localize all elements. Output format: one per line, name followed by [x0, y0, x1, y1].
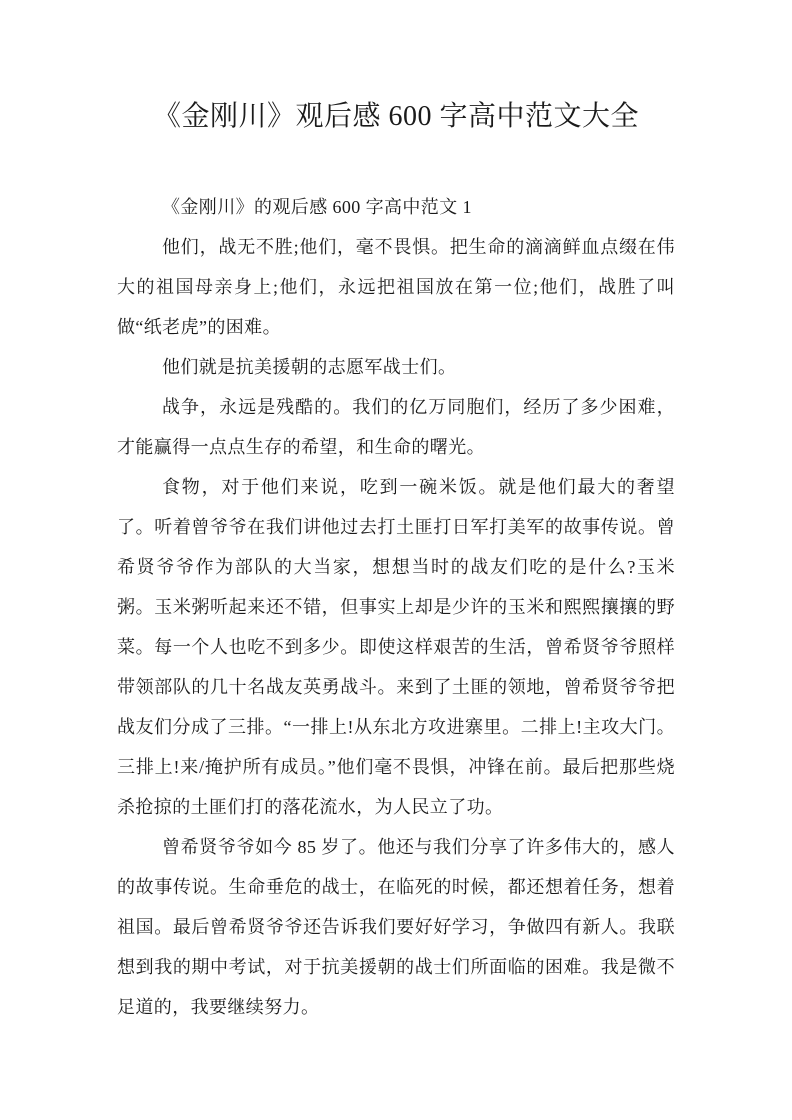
paragraph-5: 曾希贤爷爷如今 85 岁了。他还与我们分享了许多伟大的，感人的故事传说。生命垂危…	[117, 827, 675, 1027]
document-title: 《金刚川》观后感 600 字高中范文大全	[90, 98, 702, 136]
paragraph-2: 他们就是抗美援朝的志愿军战士们。	[117, 347, 675, 387]
section-heading: 《金刚川》的观后感 600 字高中范文 1	[117, 187, 675, 227]
paragraph-1: 他们，战无不胜;他们，毫不畏惧。把生命的滴滴鲜血点缀在伟大的祖国母亲身上;他们，…	[117, 227, 675, 347]
document-page: 《金刚川》观后感 600 字高中范文大全 《金刚川》的观后感 600 字高中范文…	[0, 0, 792, 1120]
document-body: 《金刚川》的观后感 600 字高中范文 1 他们，战无不胜;他们，毫不畏惧。把生…	[117, 187, 675, 1027]
paragraph-4: 食物，对于他们来说，吃到一碗米饭。就是他们最大的奢望了。听着曾爷爷在我们讲他过去…	[117, 467, 675, 827]
paragraph-3: 战争，永远是残酷的。我们的亿万同胞们，经历了多少困难，才能赢得一点点生存的希望，…	[117, 387, 675, 467]
